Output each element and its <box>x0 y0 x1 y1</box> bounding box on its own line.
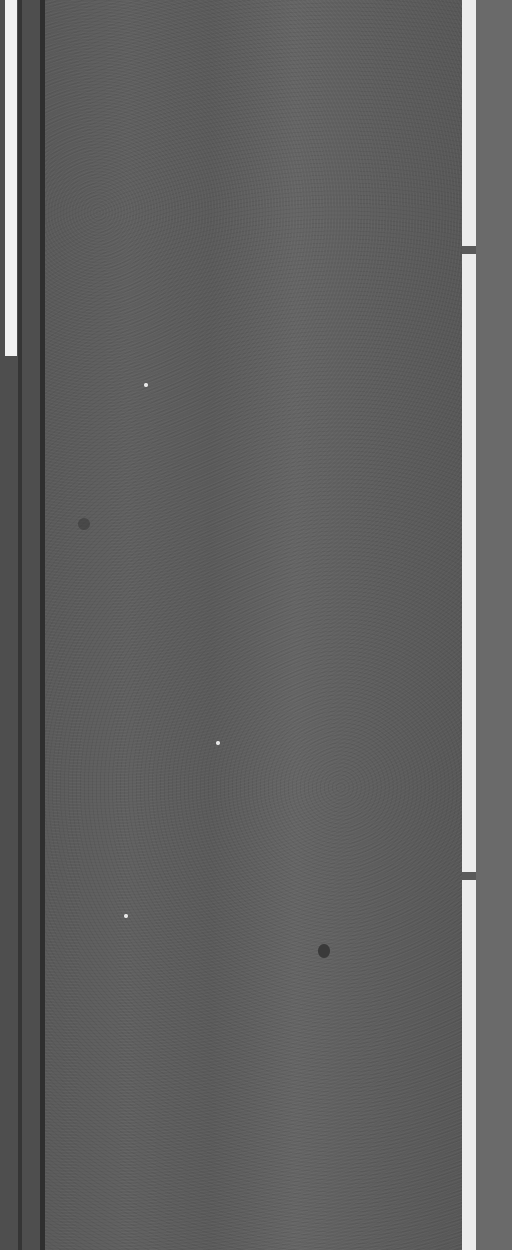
asphalt-surface <box>44 0 462 1250</box>
left-edge-line <box>5 0 17 356</box>
lane-marking-segment <box>462 880 476 1250</box>
pavement-joint <box>40 0 45 1250</box>
edge-crack <box>18 0 22 1250</box>
surface-blemish <box>318 944 330 958</box>
surface-speck <box>216 741 220 745</box>
surface-speck <box>124 914 128 918</box>
lane-marking-segment <box>462 0 476 246</box>
lane-marking-segment <box>462 254 476 872</box>
right-shoulder <box>476 0 512 1250</box>
surface-stain <box>78 518 90 530</box>
road-scene <box>0 0 512 1250</box>
asphalt-texture <box>44 0 462 1250</box>
surface-speck <box>144 383 148 387</box>
